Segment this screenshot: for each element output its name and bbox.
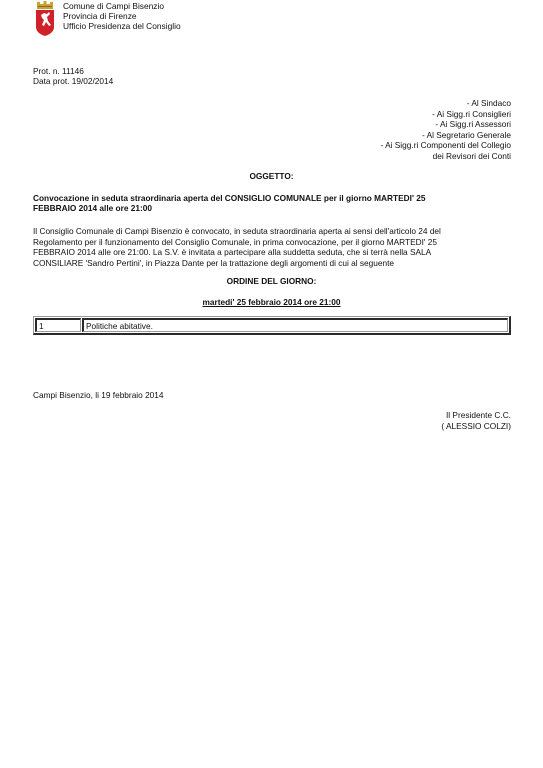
place-date: Campi Bisenzio, li 19 febbraio 2014	[33, 390, 164, 400]
agenda-item-number: 1	[35, 318, 81, 332]
protocol-date: Data prot. 19/02/2014	[33, 76, 113, 86]
body-line: CONSILIARE 'Sandro Pertini', in Piazza D…	[33, 258, 518, 269]
recipients-list: - Al Sindaco - Ai Sigg.ri Consiglieri - …	[380, 98, 511, 162]
protocol-number: Prot. n. 11146	[33, 66, 113, 76]
organization-header: Comune di Campi Bisenzio Provincia di Fi…	[63, 1, 181, 31]
agenda-date: martedi' 25 febbraio 2014 ore 21:00	[0, 297, 543, 307]
recipient: - Al Segretario Generale	[380, 130, 511, 141]
signature-title: Il Presidente C.C.	[441, 410, 511, 421]
org-name: Comune di Campi Bisenzio	[63, 1, 181, 11]
agenda-table: 1 Politiche abitative.	[33, 316, 511, 335]
subject-line: Convocazione in seduta straordinaria ape…	[33, 193, 513, 203]
recipient: - Ai Sigg.ri Componenti del Collegio	[380, 140, 511, 151]
body-line: Il Consiglio Comunale di Campi Bisenzio …	[33, 226, 518, 237]
coat-of-arms-icon	[34, 1, 56, 37]
signature-name: ( ALESSIO COLZI)	[441, 421, 511, 432]
subject-line: FEBBRAIO 2014 alle ore 21:00	[33, 203, 513, 213]
body-line: FEBBRAIO 2014 alle ore 21:00. La S.V. è …	[33, 247, 518, 258]
agenda-title: ORDINE DEL GIORNO:	[0, 276, 543, 286]
body-line: Regolamento per il funzionamento del Con…	[33, 237, 518, 248]
recipient: dei Revisori dei Conti	[380, 151, 511, 162]
body-paragraph: Il Consiglio Comunale di Campi Bisenzio …	[33, 226, 518, 268]
recipient: - Ai Sigg.ri Assessori	[380, 119, 511, 130]
recipient: - Al Sindaco	[380, 98, 511, 109]
subject-text: Convocazione in seduta straordinaria ape…	[33, 193, 513, 213]
signature-block: Il Presidente C.C. ( ALESSIO COLZI)	[441, 410, 511, 431]
org-office: Ufficio Presidenza del Consiglio	[63, 21, 181, 31]
table-row: 1 Politiche abitative.	[35, 318, 508, 332]
protocol-block: Prot. n. 11146 Data prot. 19/02/2014	[33, 66, 113, 86]
agenda-item-text: Politiche abitative.	[82, 318, 508, 332]
subject-heading: OGGETTO:	[0, 171, 543, 181]
recipient: - Ai Sigg.ri Consiglieri	[380, 109, 511, 120]
org-province: Provincia di Firenze	[63, 11, 181, 21]
